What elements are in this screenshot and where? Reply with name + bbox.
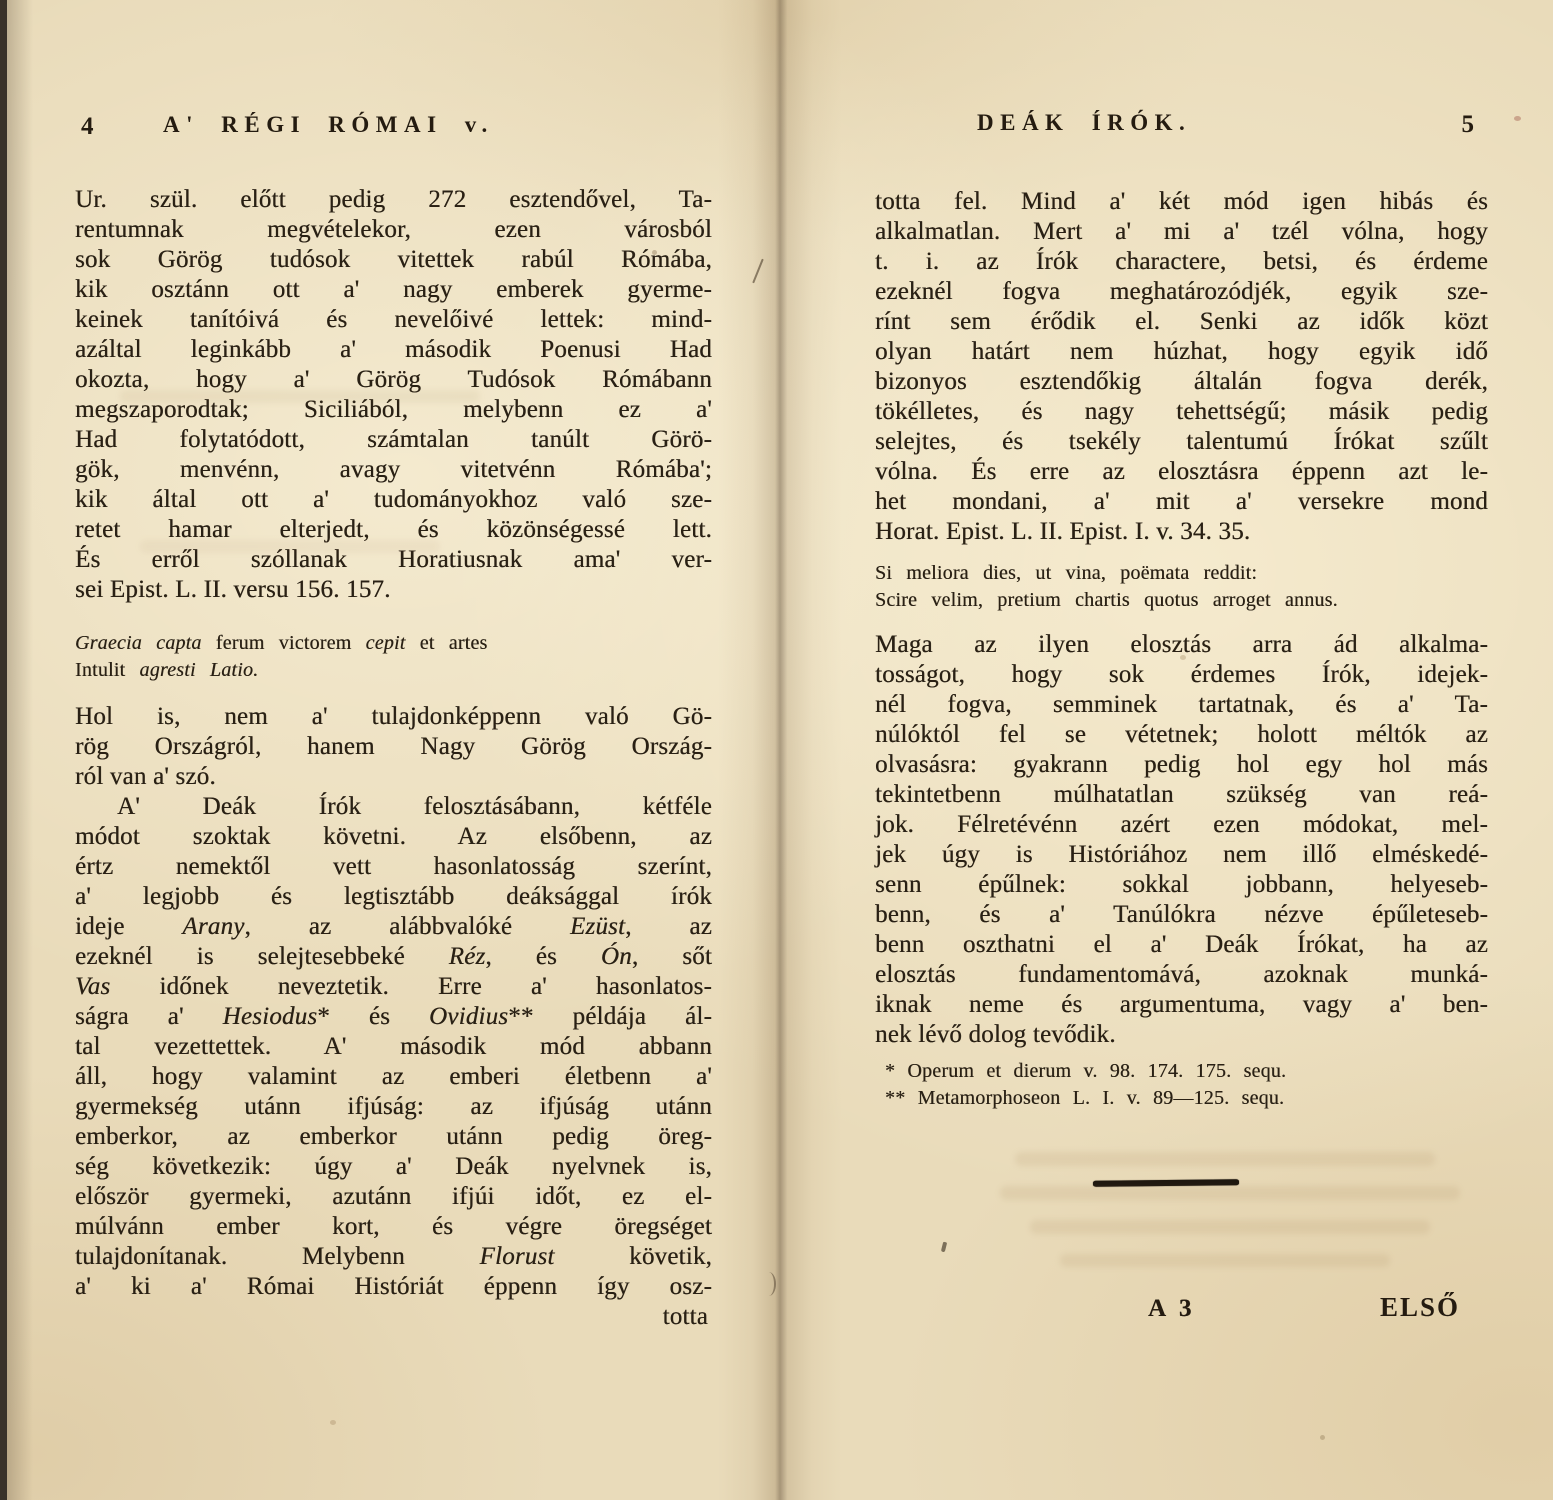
text-segment: gyermekség utánn ifjúság: az ifjúság utá… — [75, 1093, 712, 1120]
text-segment: a' legjobb és legtisztább deáksággal író… — [75, 883, 712, 910]
text-segment: rentumnak megvételekor, ezen városból — [75, 216, 712, 243]
text-segment: kik osztánn ott a' nagy emberek gyerme- — [75, 276, 712, 303]
text-line: ** Metamorphoseon L. I. v. 89—125. sequ. — [885, 1085, 1488, 1112]
italic-text: Réz — [449, 943, 486, 970]
paper-speck — [330, 1420, 336, 1425]
signature-mark: A 3 — [1148, 1295, 1195, 1323]
text-line: először gyermeki, azutánn ifjúi időt, ez… — [75, 1182, 712, 1212]
text-line: Hol is, nem a' tulajdonképpenn való Gö- — [75, 702, 712, 732]
text-segment: módot szoktak követni. Az elsőbenn, az — [75, 823, 712, 850]
text-line: jek úgy is Históriához nem illő elmésked… — [875, 840, 1488, 870]
text-line: Horat. Epist. L. II. Epist. I. v. 34. 35… — [875, 517, 1488, 547]
scan-edge-fade — [7, 0, 33, 1500]
text-line: benn, és a' Tanúlókra nézve épűleteseb- — [875, 900, 1488, 930]
italic-text: Ezüst — [570, 913, 625, 940]
text-segment: , az — [625, 913, 712, 940]
text-segment: ideje — [75, 913, 182, 940]
quote-block: Graecia capta ferum victorem cepit et ar… — [75, 630, 712, 684]
text-segment: ** Metamorphoseon L. I. v. 89—125. sequ. — [885, 1087, 1284, 1109]
text-segment: sei Epist. L. II. versu 156. 157. — [75, 576, 391, 603]
text-line: Graecia capta ferum victorem cepit et ar… — [75, 630, 712, 657]
text-segment: retet hamar elterjedt, és közönségessé l… — [75, 516, 712, 543]
text-line: ságra a' Hesiodus* és Ovidius** példája … — [75, 1002, 712, 1032]
scan-edge — [0, 0, 7, 1500]
text-segment: rínt sem érődik el. Senki az idők közt — [875, 308, 1488, 335]
text-line: t. i. az Írók charactere, betsi, és érde… — [875, 247, 1488, 277]
italic-text: Ón — [601, 943, 632, 970]
text-line: ezeknél fogva meghatározódjék, egyik sze… — [875, 277, 1488, 307]
text-line: alkalmatlan. Mert a' mi a' tzél vólna, h… — [875, 217, 1488, 247]
italic-text: agresti Latio. — [140, 659, 259, 681]
text-segment: ezeknél fogva meghatározódjék, egyik sze… — [875, 278, 1488, 305]
text-line: totta fel. Mind a' két mód igen hibás és — [875, 187, 1488, 217]
text-segment: okozta, hogy a' Görög Tudósok Rómábann — [75, 366, 712, 393]
text-segment: et artes — [406, 632, 488, 654]
italic-text: cepit — [366, 632, 406, 654]
body-block: Maga az ilyen elosztás arra ád alkalma-t… — [875, 630, 1488, 1050]
italic-text: Vas — [75, 973, 110, 1000]
italic-text: Hesiodus — [223, 1003, 318, 1030]
text-line: rínt sem érődik el. Senki az idők közt — [875, 307, 1488, 337]
text-segment: értz nemektől vett hasonlatosság szerínt… — [75, 853, 712, 880]
text-segment: gök, menvénn, avagy vitetvénn Rómába'; — [75, 456, 712, 483]
text-line: ezeknél is selejtesebbeké Réz, és Ón, ső… — [75, 942, 712, 972]
text-segment: ságra a' — [75, 1003, 223, 1030]
text-segment: emberkor, az emberkor utánn pedig öreg- — [75, 1123, 712, 1150]
text-segment: Had folytatódott, számtalan tanúlt Görö- — [75, 426, 712, 453]
text-segment: iknak neme és argumentuma, vagy a' ben- — [875, 991, 1488, 1018]
signature-block: A 3ELSŐ — [875, 1292, 1488, 1324]
show-through — [1015, 1152, 1435, 1166]
text-segment: , sőt — [632, 943, 712, 970]
text-segment: kik által ott a' tudományokhoz való sze- — [75, 486, 712, 513]
text-segment: tosságot, hogy sok érdemes Írók, idejek- — [875, 661, 1488, 688]
text-line: ideje Arany, az alábbvalóké Ezüst, az — [75, 912, 712, 942]
text-line: rög Országról, hanem Nagy Görög Ország- — [75, 732, 712, 762]
right-page: totta fel. Mind a' két mód igen hibás és… — [875, 0, 1488, 1324]
text-segment: Si meliora dies, ut vina, poëmata reddit… — [875, 562, 1257, 584]
text-segment: totta fel. Mind a' két mód igen hibás és — [875, 188, 1488, 215]
text-line: Si meliora dies, ut vina, poëmata reddit… — [875, 560, 1488, 587]
text-line: tekintetbenn múlhatatlan szükség van reá… — [875, 780, 1488, 810]
text-line: nél fogva, semminek tartatnak, és a' Ta- — [875, 690, 1488, 720]
text-segment: vólna. És erre az elosztásra éppenn azt … — [875, 458, 1488, 485]
italic-text: Arany — [182, 913, 244, 940]
text-segment: t. i. az Írók charactere, betsi, és érde… — [875, 248, 1488, 275]
text-line: gök, menvénn, avagy vitetvénn Rómába'; — [75, 455, 712, 485]
text-line: rentumnak megvételekor, ezen városból — [75, 215, 712, 245]
text-line: vólna. És erre az elosztásra éppenn azt … — [875, 457, 1488, 487]
text-segment: , és — [485, 943, 601, 970]
text-line: Vas időnek neveztetik. Erre a' hasonlato… — [75, 972, 712, 1002]
text-line: olvasásra: gyakrann pedig hol egy hol má… — [875, 750, 1488, 780]
text-segment: olvasásra: gyakrann pedig hol egy hol má… — [875, 751, 1488, 778]
text-line: a' ki a' Római Históriát éppenn így osz- — [75, 1272, 712, 1302]
text-segment: először gyermeki, azutánn ifjúi időt, ez… — [75, 1183, 712, 1210]
text-segment: senn épűlnek: sokkal jobbann, helyeseb- — [875, 871, 1488, 898]
text-line: bizonyos esztendőkig általán fogva derék… — [875, 367, 1488, 397]
text-line: iknak neme és argumentuma, vagy a' ben- — [875, 990, 1488, 1020]
text-segment: ról van a' szó. — [75, 763, 216, 790]
text-segment: ferum victorem — [202, 632, 366, 654]
text-segment: benn, és a' Tanúlókra nézve épűleteseb- — [875, 901, 1488, 928]
text-line: núlóktól fel se vétetnek; holott méltók … — [875, 720, 1488, 750]
text-line: Ur. szül. előtt pedig 272 esztendővel, T… — [75, 185, 712, 215]
text-segment: jok. Félretévénn azért ezen módokat, mel… — [875, 811, 1488, 838]
text-segment: benn oszthatni el a' Deák Írókat, ha az — [875, 931, 1488, 958]
catchword: ELSŐ — [1380, 1292, 1460, 1323]
text-segment: Hol is, nem a' tulajdonképpenn való Gö- — [75, 703, 712, 730]
text-line: Had folytatódott, számtalan tanúlt Görö- — [75, 425, 712, 455]
text-line: gyermekség utánn ifjúság: az ifjúság utá… — [75, 1092, 712, 1122]
text-line: Scire velim, pretium chartis quotus arro… — [875, 587, 1488, 614]
text-segment: ség következik: úgy a' Deák nyelvnek is, — [75, 1153, 712, 1180]
text-line: azáltal leginkább a' második Poenusi Had — [75, 335, 712, 365]
catchword: totta — [75, 1302, 712, 1332]
text-line: tökélletes, és nagy tehettségű; másik pe… — [875, 397, 1488, 427]
text-segment: tulajdonítanak. Melybenn — [75, 1243, 480, 1270]
text-line: ség következik: úgy a' Deák nyelvnek is, — [75, 1152, 712, 1182]
text-segment: jek úgy is Históriához nem illő elmésked… — [875, 841, 1488, 868]
paper-speck — [1514, 116, 1521, 121]
show-through — [120, 390, 480, 403]
show-through — [1060, 1254, 1390, 1267]
paper-speck — [1320, 1435, 1325, 1440]
text-segment: bizonyos esztendőkig általán fogva derék… — [875, 368, 1488, 395]
italic-text: Florust — [480, 1243, 555, 1270]
text-segment: áll, hogy valamint az emberi életbenn a' — [75, 1063, 712, 1090]
text-line: het mondani, a' mit a' versekre mond — [875, 487, 1488, 517]
text-segment: rög Országról, hanem Nagy Görög Ország- — [75, 733, 712, 760]
text-segment: nél fogva, semminek tartatnak, és a' Ta- — [875, 691, 1488, 718]
text-segment: követik, — [555, 1243, 712, 1270]
text-segment: alkalmatlan. Mert a' mi a' tzél vólna, h… — [875, 218, 1488, 245]
text-segment: Maga az ilyen elosztás arra ád alkalma- — [875, 631, 1488, 658]
text-line: A' Deák Írók felosztásábann, kétféle — [75, 792, 712, 822]
text-line: senn épűlnek: sokkal jobbann, helyeseb- — [875, 870, 1488, 900]
text-segment: Scire velim, pretium chartis quotus arro… — [875, 589, 1338, 611]
text-segment: sok Görög tudósok vitettek rabúl Rómába, — [75, 246, 712, 273]
text-segment: keinek tanítóivá és nevelőivé lettek: mi… — [75, 306, 712, 333]
text-segment: azáltal leginkább a' második Poenusi Had — [75, 336, 712, 363]
text-line: benn oszthatni el a' Deák Írókat, ha az — [875, 930, 1488, 960]
text-segment: ezeknél is selejtesebbeké — [75, 943, 449, 970]
text-line: kik osztánn ott a' nagy emberek gyerme- — [75, 275, 712, 305]
text-segment: selejtes, és tsekély talentumú Írókat sz… — [875, 428, 1488, 455]
text-segment: a' ki a' Római Históriát éppenn így osz- — [75, 1273, 712, 1300]
text-segment: időnek neveztetik. Erre a' hasonlatos- — [110, 973, 712, 1000]
quote-block: Si meliora dies, ut vina, poëmata reddit… — [875, 560, 1488, 614]
footnote-block: * Operum et dierum v. 98. 174. 175. sequ… — [875, 1058, 1488, 1112]
gutter-shadow — [718, 0, 842, 1500]
left-page: Ur. szül. előtt pedig 272 esztendővel, T… — [75, 0, 712, 1332]
text-segment: núlóktól fel se vétetnek; holott méltók … — [875, 721, 1488, 748]
body-block: totta fel. Mind a' két mód igen hibás és… — [875, 187, 1488, 547]
italic-text: Ovidius — [429, 1003, 508, 1030]
text-line: * Operum et dierum v. 98. 174. 175. sequ… — [885, 1058, 1488, 1085]
text-segment: tökélletes, és nagy tehettségű; másik pe… — [875, 398, 1488, 425]
text-segment: ** példája ál- — [508, 1003, 712, 1030]
show-through — [1000, 1186, 1460, 1200]
text-line: Intulit agresti Latio. — [75, 657, 712, 684]
text-line: nek lévő dolog tevődik. — [875, 1020, 1488, 1050]
text-segment: , az alábbvalóké — [245, 913, 570, 940]
text-segment: Intulit — [75, 659, 140, 681]
text-segment: * és — [317, 1003, 429, 1030]
text-segment: A' Deák Írók felosztásábann, kétféle — [117, 793, 712, 820]
italic-text: Graecia capta — [75, 632, 202, 654]
text-segment: totta — [663, 1303, 708, 1330]
text-segment: * Operum et dierum v. 98. 174. 175. sequ… — [885, 1060, 1286, 1082]
text-segment: múlvánn ember kort, és végre öregséget — [75, 1213, 712, 1240]
text-line: tal vezettettek. A' második mód abbann — [75, 1032, 712, 1062]
text-segment: het mondani, a' mit a' versekre mond — [875, 488, 1488, 515]
paper-speck — [652, 250, 657, 255]
text-segment: tal vezettettek. A' második mód abbann — [75, 1033, 712, 1060]
text-line: a' legjobb és legtisztább deáksággal író… — [75, 882, 712, 912]
body-block: Hol is, nem a' tulajdonképpenn való Gö-r… — [75, 702, 712, 1332]
text-line: sok Görög tudósok vitettek rabúl Rómába, — [75, 245, 712, 275]
text-line: tulajdonítanak. Melybenn Florust követik… — [75, 1242, 712, 1272]
text-line: múlvánn ember kort, és végre öregséget — [75, 1212, 712, 1242]
text-line: módot szoktak követni. Az elsőbenn, az — [75, 822, 712, 852]
text-line: tosságot, hogy sok érdemes Írók, idejek- — [875, 660, 1488, 690]
text-line: elosztás fundamentomává, azoknak munká- — [875, 960, 1488, 990]
text-segment: elosztás fundamentomává, azoknak munká- — [875, 961, 1488, 988]
text-segment: olyan határt nem húzhat, hogy egyik idő — [875, 338, 1488, 365]
text-line: selejtes, és tsekély talentumú Írókat sz… — [875, 427, 1488, 457]
text-line: értz nemektől vett hasonlatosság szerínt… — [75, 852, 712, 882]
text-line: jok. Félretévénn azért ezen módokat, mel… — [875, 810, 1488, 840]
text-segment: Horat. Epist. L. II. Epist. I. v. 34. 35… — [875, 518, 1250, 545]
text-segment: nek lévő dolog tevődik. — [875, 1021, 1116, 1048]
show-through — [140, 540, 440, 553]
text-line: áll, hogy valamint az emberi életbenn a' — [75, 1062, 712, 1092]
paper-speck — [1180, 655, 1186, 660]
text-line: kik által ott a' tudományokhoz való sze- — [75, 485, 712, 515]
text-line: ról van a' szó. — [75, 762, 712, 792]
text-segment: tekintetbenn múlhatatlan szükség van reá… — [875, 781, 1488, 808]
text-line: sei Epist. L. II. versu 156. 157. — [75, 575, 712, 605]
text-segment: Ur. szül. előtt pedig 272 esztendővel, T… — [75, 186, 712, 213]
text-line: emberkor, az emberkor utánn pedig öreg- — [75, 1122, 712, 1152]
book-scan: 4 A' RÉGI RÓMAI v. DEÁK ÍRÓK. 5 Ur. szül… — [0, 0, 1553, 1500]
text-line: keinek tanítóivá és nevelőivé lettek: mi… — [75, 305, 712, 335]
text-line: olyan határt nem húzhat, hogy egyik idő — [875, 337, 1488, 367]
show-through — [1030, 1220, 1430, 1234]
